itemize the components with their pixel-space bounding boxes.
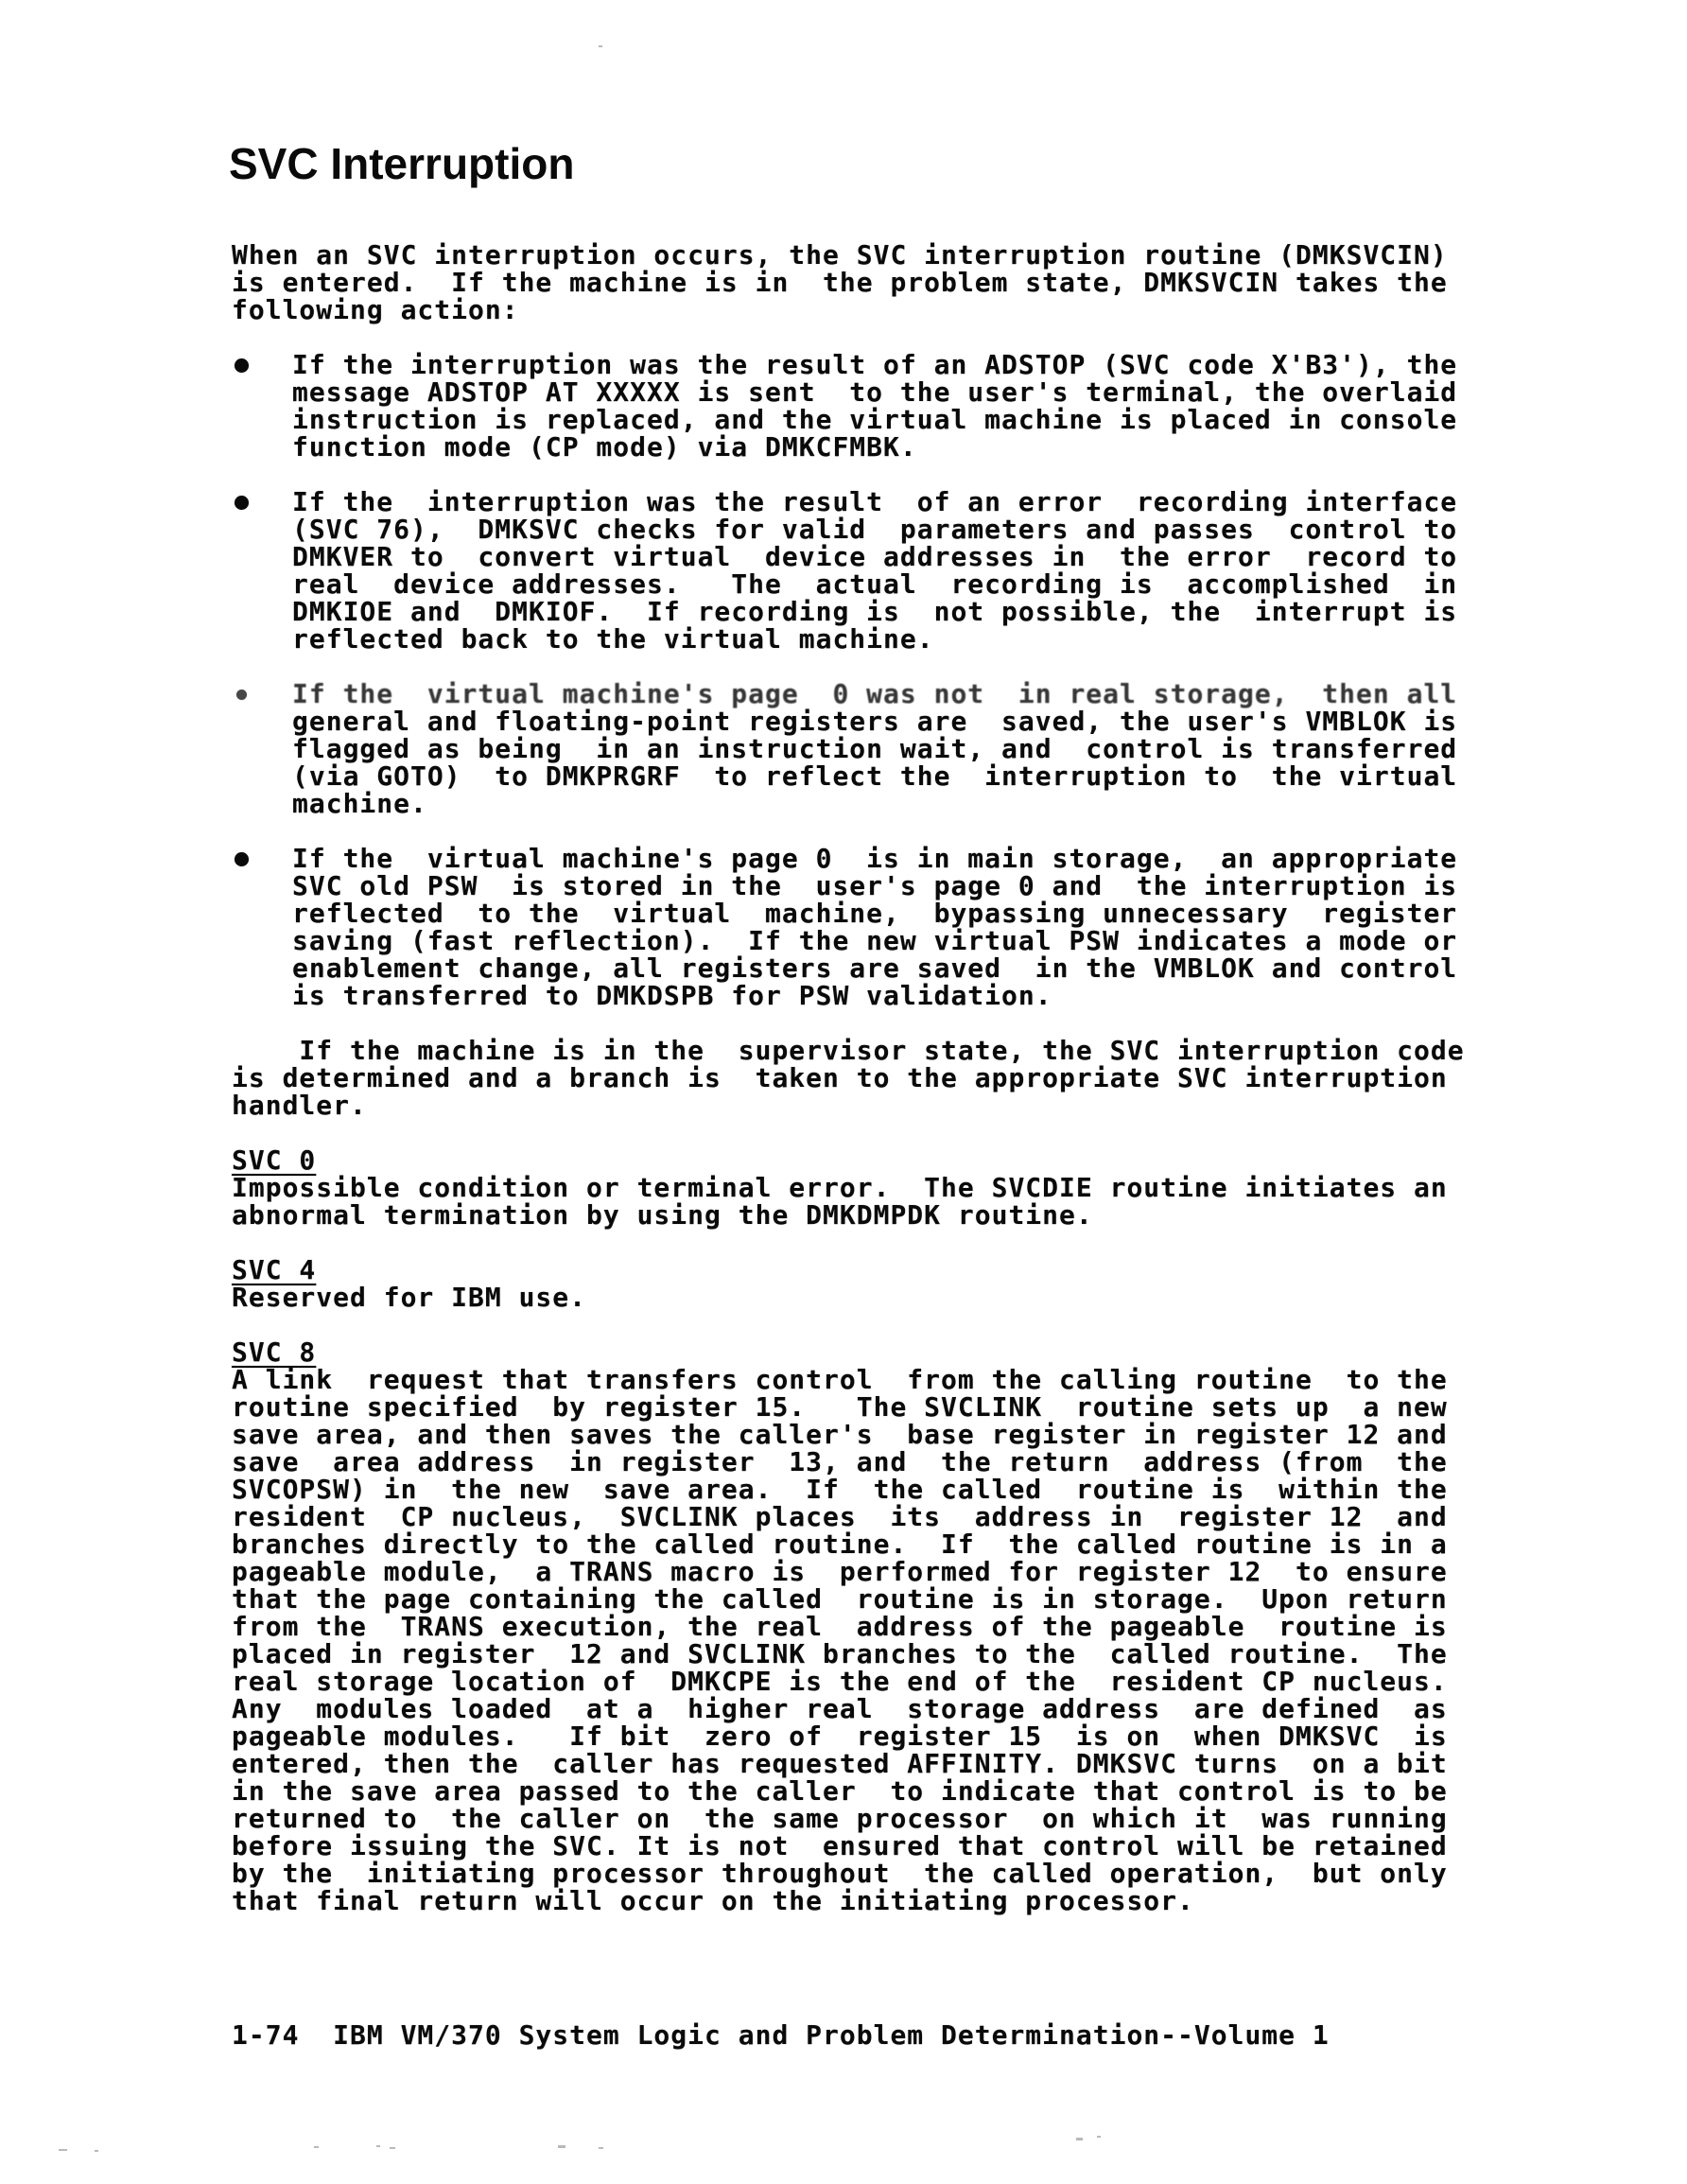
page-footer: 1-74 IBM VM/370 System Logic and Problem… [232, 2021, 1330, 2049]
bullet-icon [235, 358, 249, 373]
scan-artifact [95, 2150, 98, 2152]
bullet-text-faded-line: If the virtual machine's page 0 was not … [292, 680, 1457, 708]
scan-artifact [1076, 2138, 1083, 2140]
section-heading: SVC 8 [232, 1338, 316, 1366]
scan-artifact [558, 2145, 565, 2148]
scan-artifact [314, 2146, 319, 2148]
bullet-item-page0-in-storage: If the virtual machine's page 0 is in ma… [232, 845, 1461, 1009]
bullet-cell [232, 488, 292, 510]
section-svc-0: SVC 0 Impossible condition or terminal e… [232, 1146, 1461, 1229]
bullet-cell [232, 845, 292, 866]
bullet-icon [235, 496, 249, 510]
page-body: When an SVC interruption occurs, the SVC… [232, 241, 1461, 1914]
section-svc-8: SVC 8 A link request that transfers cont… [232, 1338, 1461, 1914]
bullet-text: If the virtual machine's page 0 is in ma… [292, 845, 1457, 1009]
scan-artifact [599, 45, 602, 47]
bullet-text: If the interruption was the result of an… [292, 351, 1457, 461]
section-body: A link request that transfers control fr… [232, 1366, 1461, 1914]
section-svc-4: SVC 4 Reserved for IBM use. [232, 1256, 1461, 1311]
intro-paragraph: When an SVC interruption occurs, the SVC… [232, 241, 1461, 323]
page-title: SVC Interruption [229, 142, 574, 185]
supervisor-paragraph: If the machine is in the supervisor stat… [232, 1037, 1461, 1119]
scan-artifact [390, 2147, 395, 2149]
bullet-icon [236, 690, 247, 700]
bullet-item-error-recording: If the interruption was the result of an… [232, 488, 1461, 653]
section-body: Reserved for IBM use. [232, 1284, 1461, 1311]
bullet-text-group: If the virtual machine's page 0 was not … [292, 680, 1457, 817]
section-heading: SVC 0 [232, 1146, 316, 1174]
scan-artifact [376, 2145, 380, 2147]
bullet-text: If the interruption was the result of an… [292, 488, 1457, 653]
scan-artifact [1097, 2136, 1101, 2138]
bullet-item-page0-not-in-storage: If the virtual machine's page 0 was not … [232, 680, 1461, 817]
bullet-cell [232, 680, 292, 700]
scan-artifact [599, 2147, 603, 2149]
section-heading: SVC 4 [232, 1256, 316, 1284]
bullet-item-adstop: If the interruption was the result of an… [232, 351, 1461, 461]
bullet-icon [235, 852, 249, 866]
section-body: Impossible condition or terminal error. … [232, 1174, 1461, 1229]
bullet-cell [232, 351, 292, 373]
scanned-manual-page: SVC Interruption When an SVC interruptio… [0, 0, 1687, 2184]
bullet-text: general and floating-point registers are… [292, 708, 1457, 817]
scan-artifact [59, 2149, 67, 2151]
